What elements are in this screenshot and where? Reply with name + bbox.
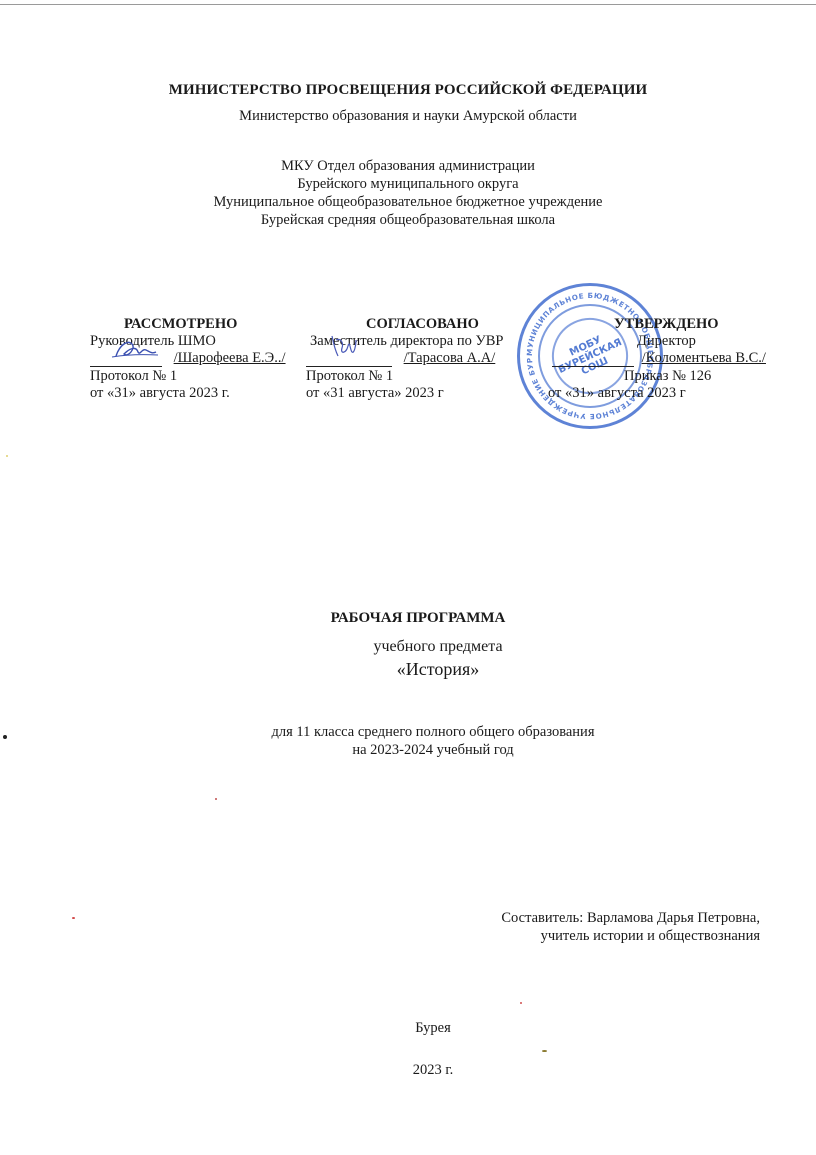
approval-approved-title: УТВЕРЖДЕНО xyxy=(614,316,719,333)
footer-year: 2023 г. xyxy=(0,1062,816,1079)
author-name: Составитель: Варламова Дарья Петровна, xyxy=(501,910,760,927)
ministry-regional: Министерство образования и науки Амурско… xyxy=(0,108,816,125)
signature-line xyxy=(552,351,634,367)
approval-approved-signature-row: /Коломентьева В.С./ xyxy=(552,350,766,367)
approval-reviewed-protocol: Протокол № 1 xyxy=(90,368,177,385)
org-line-1: МКУ Отдел образования администрации xyxy=(0,158,816,175)
program-title: РАБОЧАЯ ПРОГРАММА xyxy=(0,610,816,627)
scan-speck xyxy=(6,455,8,457)
scan-speck xyxy=(72,917,75,919)
scan-speck xyxy=(3,735,7,739)
approval-approved-name: /Коломентьева В.С./ xyxy=(642,350,766,366)
org-line-3: Муниципальное общеобразовательное бюджет… xyxy=(0,194,816,211)
footer-city: Бурея xyxy=(0,1020,816,1037)
program-subject: «История» xyxy=(0,659,816,680)
program-year-line: на 2023-2024 учебный год xyxy=(0,742,816,759)
scan-speck xyxy=(215,798,217,800)
program-class-line: для 11 класса среднего полного общего об… xyxy=(0,724,816,741)
author-position: учитель истории и обществознания xyxy=(541,928,760,945)
signature-icon xyxy=(326,332,360,360)
ministry-federal: МИНИСТЕРСТВО ПРОСВЕЩЕНИЯ РОССИЙСКОЙ ФЕДЕ… xyxy=(0,82,816,99)
scan-speck xyxy=(542,1050,547,1052)
program-subtitle: учебного предмета xyxy=(0,638,816,656)
scan-top-edge xyxy=(0,4,816,5)
approval-approved-order: Приказ № 126 xyxy=(624,368,711,385)
approval-agreed-date: от «31 августа» 2023 г xyxy=(306,385,444,402)
approval-agreed-protocol: Протокол № 1 xyxy=(306,368,393,385)
org-line-4: Бурейская средняя общеобразовательная шк… xyxy=(0,212,816,229)
approval-reviewed-date: от «31» августа 2023 г. xyxy=(90,385,230,402)
signature-icon xyxy=(110,338,160,360)
approval-agreed-name: /Тарасова А.А/ xyxy=(404,350,496,366)
approval-reviewed-title: РАССМОТРЕНО xyxy=(124,316,237,333)
approval-approved-role: Директор xyxy=(637,333,696,350)
approval-agreed-title: СОГЛАСОВАНО xyxy=(366,316,479,333)
approval-approved-date: от «31» августа 2023 г xyxy=(548,385,686,402)
scan-speck xyxy=(520,1002,522,1004)
approval-reviewed-name: /Шарофеева Е.Э../ xyxy=(174,350,286,366)
org-line-2: Бурейского муниципального округа xyxy=(0,176,816,193)
